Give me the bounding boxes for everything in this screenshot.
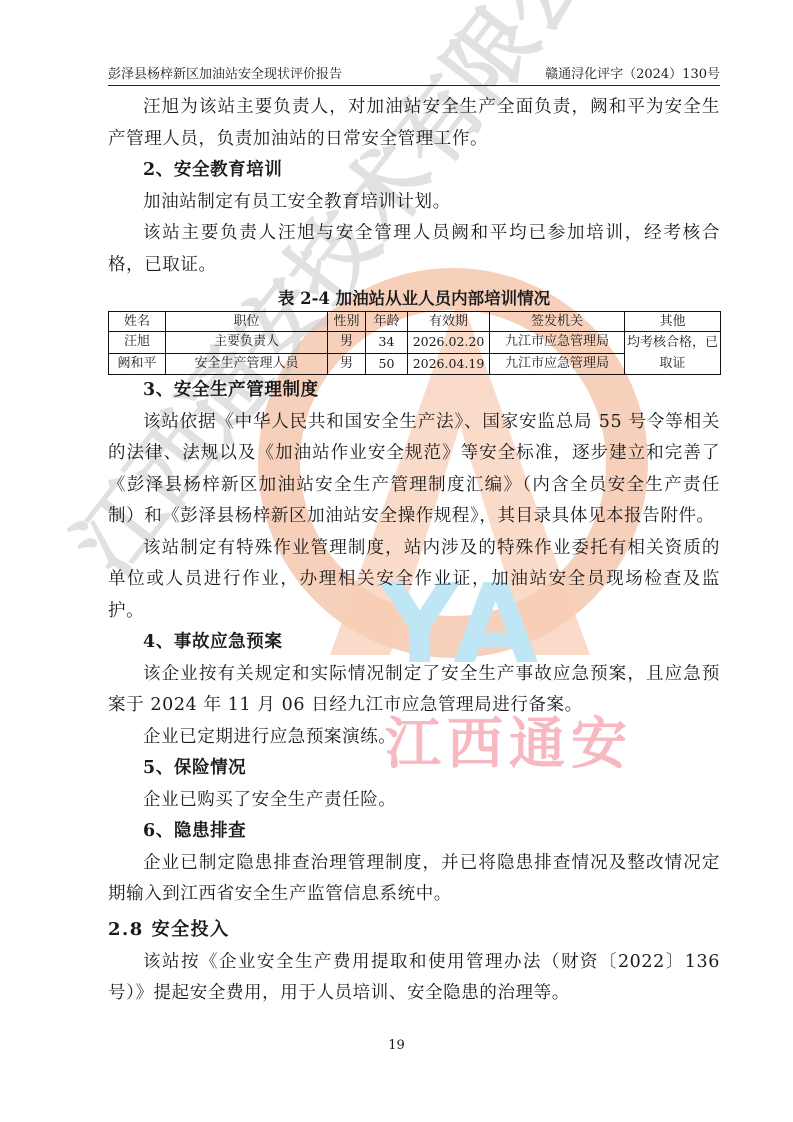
cell-age: 34 (366, 332, 408, 354)
table-row: 汪旭 主要负责人 男 34 2026.02.20 九江市应急管理局 均考核合格，… (109, 332, 721, 354)
page-number: 19 (0, 1038, 793, 1053)
cell-name: 汪旭 (109, 332, 166, 354)
cell-gender: 男 (328, 332, 366, 354)
investment-paragraph: 该站按《企业安全生产费用提取和使用管理办法（财资〔2022〕136 号）》提起安… (108, 947, 720, 1010)
intro-paragraph: 汪旭为该站主要负责人，对加油站安全生产全面负责，阙和平为安全生产管理人员，负责加… (108, 92, 720, 155)
management-paragraph-1: 该站依据《中华人民共和国安全生产法》、国家安监总局 55 号令等相关的法律、法规… (108, 407, 720, 533)
training-table: 姓名 职位 性别 年龄 有效期 签发机关 其他 汪旭 主要负责人 男 34 20… (108, 311, 721, 375)
column-header: 姓名 (109, 312, 166, 332)
management-paragraph-2: 该站制定有特殊作业管理制度，站内涉及的特殊作业委托有相关资质的单位或人员进行作业… (108, 533, 720, 628)
cell-valid-until: 2026.04.19 (408, 353, 490, 375)
hazard-paragraph: 企业已制定隐患排查治理管理制度，并已将隐患排查情况及整改情况定期输入到江西省安全… (108, 848, 720, 911)
section-heading-emergency: 4、事故应急预案 (108, 627, 720, 659)
header-doc-number: 赣通浔化评字（2024）130号 (545, 63, 720, 82)
column-header: 年龄 (366, 312, 408, 332)
cell-name: 阙和平 (109, 353, 166, 375)
section-heading-hazard: 6、隐患排查 (108, 816, 720, 848)
column-header: 职位 (166, 312, 328, 332)
cell-other: 均考核合格，已取证 (625, 332, 721, 375)
training-paragraph-1: 加油站制定有员工安全教育培训计划。 (108, 187, 720, 219)
column-header: 其他 (625, 312, 721, 332)
cell-age: 50 (366, 353, 408, 375)
column-header: 有效期 (408, 312, 490, 332)
header-doc-title: 彭泽县杨梓新区加油站安全现状评价报告 (108, 63, 342, 82)
emergency-paragraph-2: 企业已定期进行应急预案演练。 (108, 722, 720, 754)
running-header: 彭泽县杨梓新区加油站安全现状评价报告 赣通浔化评字（2024）130号 (108, 64, 720, 86)
section-heading-insurance: 5、保险情况 (108, 753, 720, 785)
document-page: 彭泽县杨梓新区加油站安全现状评价报告 赣通浔化评字（2024）130号 汪旭为该… (108, 64, 720, 1010)
table-caption: 表 2-4 加油站从业人员内部培训情况 (108, 287, 720, 311)
section-heading-investment: 2.8 安全投入 (108, 913, 720, 947)
cell-issuer: 九江市应急管理局 (490, 332, 625, 354)
section-heading-training: 2、安全教育培训 (108, 155, 720, 187)
section-heading-management: 3、安全生产管理制度 (108, 375, 720, 407)
insurance-paragraph: 企业已购买了安全生产责任险。 (108, 785, 720, 817)
cell-position: 安全生产管理人员 (166, 353, 328, 375)
cell-position: 主要负责人 (166, 332, 328, 354)
table-header-row: 姓名 职位 性别 年龄 有效期 签发机关 其他 (109, 312, 721, 332)
training-paragraph-2: 该站主要负责人汪旭与安全管理人员阙和平均已参加培训，经考核合格，已取证。 (108, 218, 720, 281)
cell-gender: 男 (328, 353, 366, 375)
cell-issuer: 九江市应急管理局 (490, 353, 625, 375)
column-header: 性别 (328, 312, 366, 332)
emergency-paragraph-1: 该企业按有关规定和实际情况制定了安全生产事故应急预案，且应急预案于 2024 年… (108, 659, 720, 722)
cell-valid-until: 2026.02.20 (408, 332, 490, 354)
column-header: 签发机关 (490, 312, 625, 332)
